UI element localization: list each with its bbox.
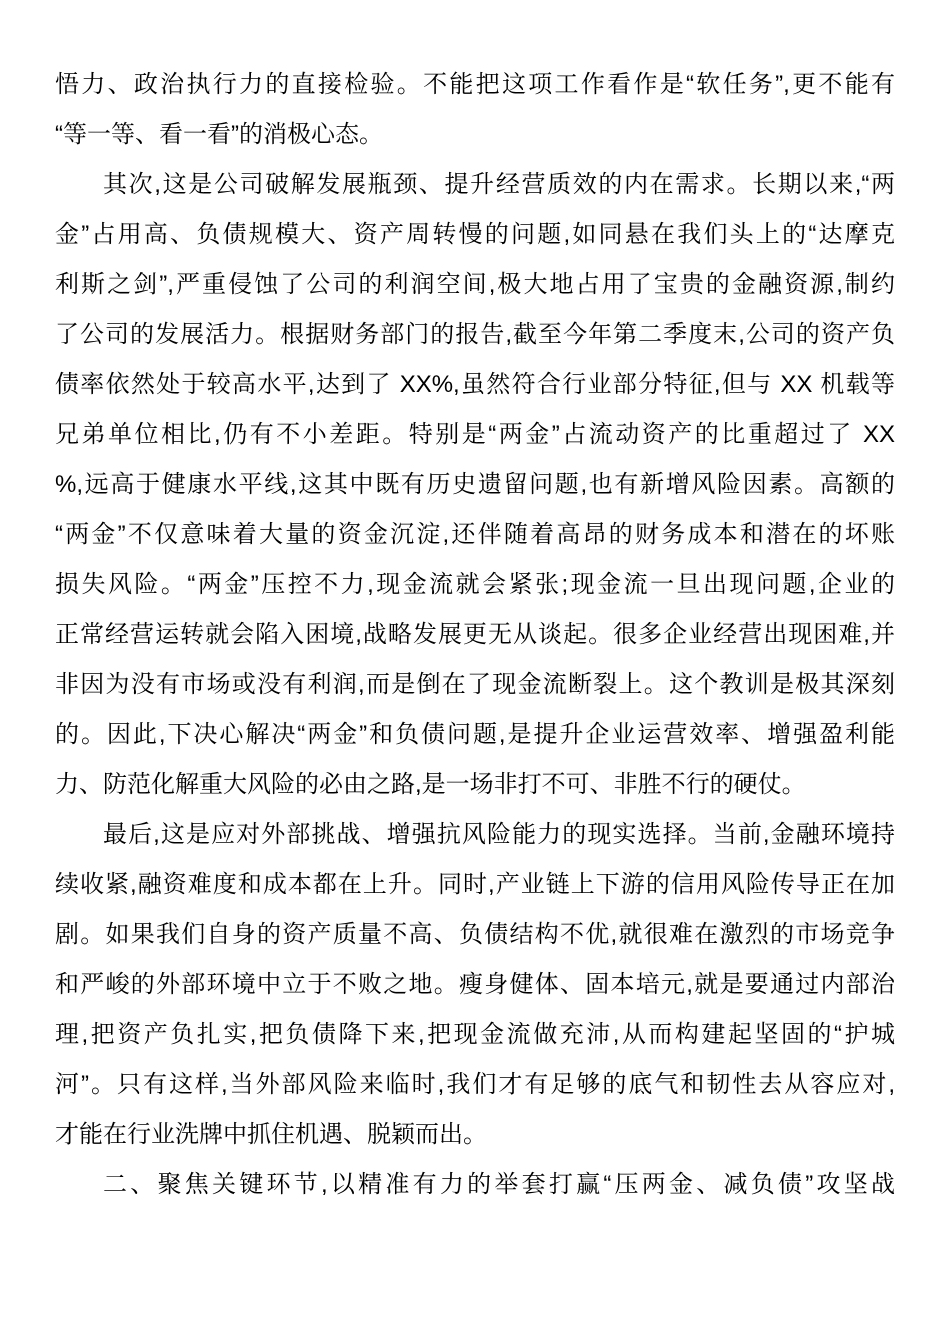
document-page: 悟力、政治执行力的直接检验。不能把这项工作看作是“软任务”,更不能有 “等一等、… [55,0,895,1210]
text-line: 续收紧,融资难度和成本都在上升。同时,产业链上下游的信用风险传导正在加 [55,860,895,910]
text-line: 才能在行业洗牌中抓住机遇、脱颖而出。 [55,1110,895,1160]
text-line: 悟力、政治执行力的直接检验。不能把这项工作看作是“软任务”,更不能有 [55,60,895,110]
text-line: 的。因此,下决心解决“两金”和负债问题,是提升企业运营效率、增强盈利能 [55,710,895,760]
text-line: 非因为没有市场或没有利润,而是倒在了现金流断裂上。这个教训是极其深刻 [55,660,895,710]
text-line: 剧。如果我们自身的资产质量不高、负债结构不优,就很难在激烈的市场竞争 [55,910,895,960]
text-line: “两金”不仅意味着大量的资金沉淀,还伴随着高昂的财务成本和潜在的坏账 [55,510,895,560]
text-line: 兄弟单位相比,仍有不小差距。特别是“两金”占流动资产的比重超过了 XX [55,410,895,460]
text-line: 力、防范化解重大风险的必由之路,是一场非打不可、非胜不行的硬仗。 [55,760,895,810]
text-line: %,远高于健康水平线,这其中既有历史遗留问题,也有新增风险因素。高额的 [55,460,895,510]
text-line: 和严峻的外部环境中立于不败之地。瘦身健体、固本培元,就是要通过内部治 [55,960,895,1010]
text-line: 最后,这是应对外部挑战、增强抗风险能力的现实选择。当前,金融环境持 [55,810,895,860]
text-line: “等一等、看一看”的消极心态。 [55,110,895,160]
text-line: 利斯之剑”,严重侵蚀了公司的利润空间,极大地占用了宝贵的金融资源,制约 [55,260,895,310]
text-line: 理,把资产负扎实,把负债降下来,把现金流做充沛,从而构建起坚固的“护城 [55,1010,895,1060]
text-line: 河”。只有这样,当外部风险来临时,我们才有足够的底气和韧性去从容应对, [55,1060,895,1110]
text-line: 正常经营运转就会陷入困境,战略发展更无从谈起。很多企业经营出现困难,并 [55,610,895,660]
text-line: 损失风险。“两金”压控不力,现金流就会紧张;现金流一旦出现问题,企业的 [55,560,895,610]
section-heading: 二、聚焦关键环节,以精准有力的举套打赢“压两金、减负债”攻坚战 [55,1160,895,1210]
text-line: 了公司的发展活力。根据财务部门的报告,截至今年第二季度末,公司的资产负 [55,310,895,360]
text-line: 债率依然处于较高水平,达到了 XX%,虽然符合行业部分特征,但与 XX 机载等 [55,360,895,410]
text-line: 其次,这是公司破解发展瓶颈、提升经营质效的内在需求。长期以来,“两 [55,160,895,210]
text-line: 金”占用高、负债规模大、资产周转慢的问题,如同悬在我们头上的“达摩克 [55,210,895,260]
